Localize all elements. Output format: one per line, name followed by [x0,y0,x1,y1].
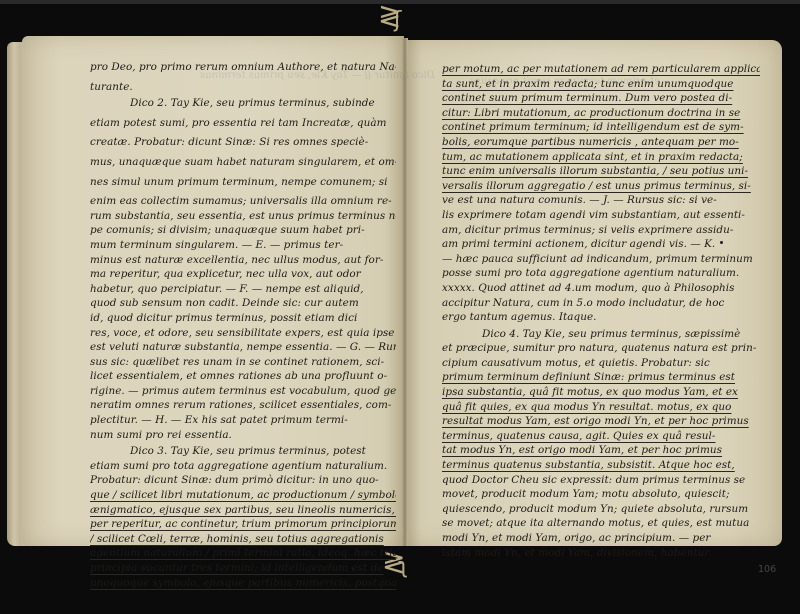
manuscript-line: pro Deo, pro primo rerum omnium Authore,… [90,58,396,78]
manuscript-line: etiam potest sumi, pro essentia rei tam … [90,114,396,134]
left-page-text: pro Deo, pro primo rerum omnium Authore,… [90,58,396,593]
folio-number: 106 [758,564,776,575]
binding-thread-bottom-strand-icon: ʅ [398,556,408,578]
right-page-text: per motum, ac per mutationem ad rem part… [442,60,760,563]
ink-dot [720,241,723,244]
manuscript-line: istam modi Yn, et modi Yam, divisionem, … [442,544,760,564]
manuscript-line: unoquoque symbolo, ejusque partibus nume… [90,574,396,594]
binding-thread-top-strand-icon: ʃ [394,10,401,32]
book-gutter [402,38,408,546]
open-manuscript: ≷ ʃ ≷ ʅ Dico ignitur ij — Tay Kie, seu p… [0,0,800,614]
manuscript-line: nes simul unum primum terminum, nempe co… [90,173,396,193]
manuscript-line: mus, unaquæque suam habet naturam singul… [90,153,396,173]
manuscript-line: creatæ. Probatur: dicunt Sinæ: Si res om… [90,133,396,153]
manuscript-line: Dico 2. Tay Kie, seu primus terminus, su… [90,94,396,114]
